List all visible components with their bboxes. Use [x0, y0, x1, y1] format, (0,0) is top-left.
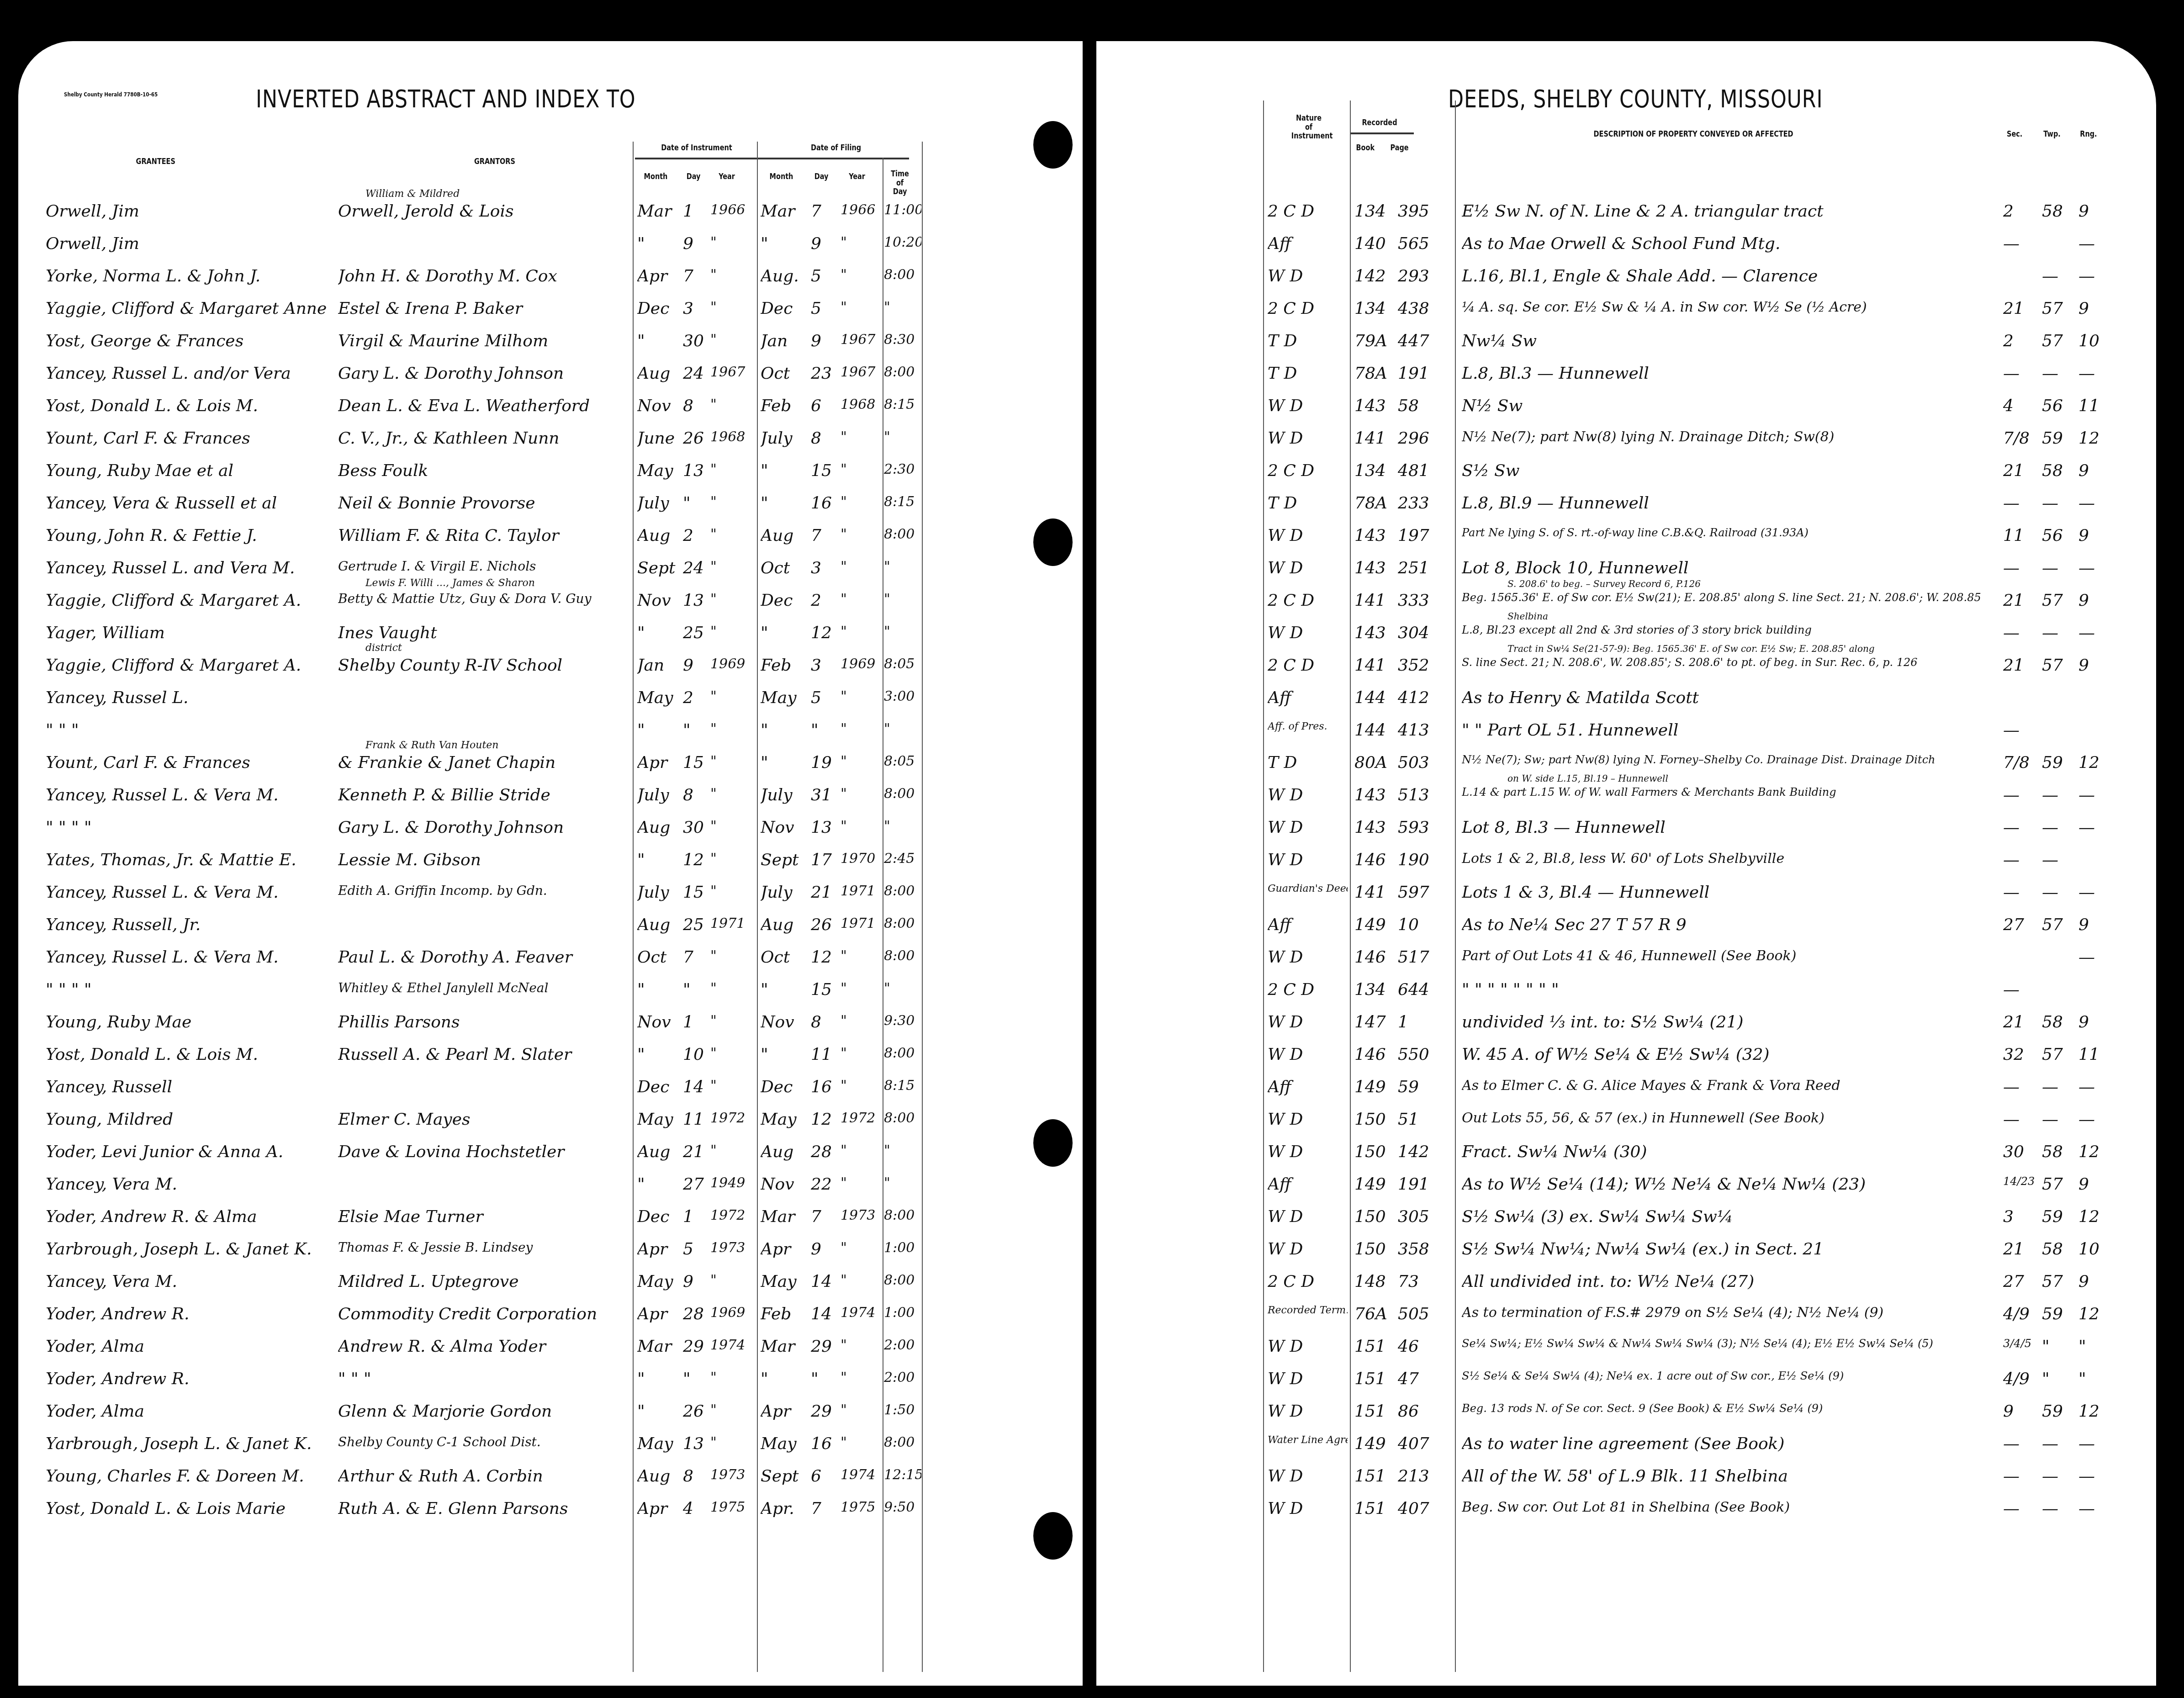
grantee: Yost, Donald L. & Lois M.: [46, 397, 329, 415]
recorded-book: 143: [1354, 559, 1396, 577]
filing-year: ": [841, 753, 882, 769]
filing-day: 7: [811, 1499, 838, 1518]
township: 59: [2042, 1305, 2074, 1323]
table-row: W D150358S½ Sw¼ Nw¼; Nw¼ Sw¼ (ex.) in Se…: [1096, 1234, 2147, 1265]
instrument-month: May: [637, 688, 678, 707]
township: —: [2042, 1078, 2074, 1096]
nature-of-instrument: 2 C D: [1268, 656, 1348, 675]
table-row: Water Line Agreement149407As to water li…: [1096, 1429, 2147, 1460]
grantor: Lessie M. Gibson: [338, 851, 630, 869]
instrument-day: 30: [683, 818, 710, 837]
instrument-year: ": [710, 526, 756, 542]
township: 58: [2042, 1013, 2074, 1031]
range: 9: [2078, 1013, 2110, 1031]
filing-day: 15: [811, 461, 838, 480]
filing-year: ": [841, 461, 882, 477]
recorded-book: 149: [1354, 1175, 1396, 1194]
instrument-day: 1: [683, 1207, 710, 1226]
table-row: Yost, Donald L. & Lois M.Dean L. & Eva L…: [18, 391, 932, 422]
instrument-month-header: Month: [644, 173, 668, 182]
filing-day: 29: [811, 1337, 838, 1356]
recorded-book: 146: [1354, 1045, 1396, 1064]
time-of-day: 1:50: [884, 1402, 921, 1418]
recorded-page: 86: [1398, 1402, 1453, 1421]
recorded-book: 134: [1354, 299, 1396, 318]
grantee: Yancey, Russel L. & Vera M.: [46, 786, 329, 804]
recorded-page: 142: [1398, 1143, 1453, 1161]
filing-month: Oct: [761, 948, 806, 967]
filing-day: 8: [811, 1013, 838, 1031]
property-description: Out Lots 55, 56, & 57 (ex.) in Hunnewell…: [1462, 1110, 1996, 1126]
range: 12: [2078, 753, 2110, 772]
property-description: As to water line agreement (See Book): [1462, 1434, 1996, 1453]
filing-day: 2: [811, 591, 838, 610]
instrument-month: May: [637, 1272, 678, 1291]
range: ": [2078, 1337, 2110, 1356]
township: —: [2042, 494, 2074, 513]
nature-of-instrument: W D: [1268, 397, 1348, 415]
recorded-book: 134: [1354, 202, 1396, 221]
filing-month: Apr: [761, 1240, 806, 1259]
instrument-day: 25: [683, 915, 710, 934]
table-row: Yancey, Vera M.Mildred L. UptegroveMay9"…: [18, 1267, 932, 1298]
table-row: Yancey, Russel L. and/or VeraGary L. & D…: [18, 359, 932, 390]
table-row: Young, Ruby Mae et alBess FoulkMay13""15…: [18, 456, 932, 487]
section: 2: [2003, 332, 2037, 350]
instrument-year: 1972: [710, 1110, 756, 1126]
instrument-month: Mar: [637, 1337, 678, 1356]
table-row: Yorke, Norma L. & John J.John H. & Dorot…: [18, 261, 932, 292]
instrument-month: May: [637, 1434, 678, 1453]
table-row: 2 C D134644" " " " " " " "—: [1096, 975, 2147, 1006]
instrument-day: 8: [683, 1467, 710, 1486]
section: 32: [2003, 1045, 2037, 1064]
nature-of-instrument: Aff: [1268, 234, 1348, 253]
recorded-page: 213: [1398, 1467, 1453, 1486]
grantee: Orwell, Jim: [46, 202, 329, 221]
filing-month: Feb: [761, 397, 806, 415]
table-row: Aff149191As to W½ Se¼ (14); W½ Ne¼ & Ne¼…: [1096, 1169, 2147, 1201]
header-rule: [635, 158, 909, 159]
recorded-page: 251: [1398, 559, 1453, 577]
filing-year: ": [841, 1013, 882, 1029]
recorded-book: 76A: [1354, 1305, 1396, 1323]
filing-year: 1974: [841, 1467, 882, 1483]
table-row: Young, John R. & Fettie J.William F. & R…: [18, 521, 932, 552]
grantor: Bess Foulk: [338, 461, 630, 480]
recorded-page: 593: [1398, 818, 1453, 837]
grantees-header: GRANTEES: [136, 158, 175, 167]
nature-of-instrument: 2 C D: [1268, 202, 1348, 221]
table-row: Yancey, Russel L. & Vera M.Edith A. Grif…: [18, 878, 932, 909]
instrument-day: 1: [683, 1013, 710, 1031]
recorded-page: 644: [1398, 980, 1453, 999]
property-description: Beg. Sw cor. Out Lot 81 in Shelbina (See…: [1462, 1499, 1996, 1515]
range: —: [2078, 1434, 2110, 1453]
instrument-day: 3: [683, 299, 710, 318]
filing-year: ": [841, 786, 882, 802]
property-description: S½ Sw: [1462, 461, 1996, 480]
instrument-month: Aug: [637, 1143, 678, 1161]
time-of-day: 8:00: [884, 915, 921, 931]
filing-year: ": [841, 559, 882, 575]
grantor: Dave & Lovina Hochstetler: [338, 1143, 630, 1161]
filing-year: 1967: [841, 364, 882, 380]
recorded-page: 438: [1398, 299, 1453, 318]
instrument-year: ": [710, 1370, 756, 1386]
filing-day: 16: [811, 1078, 838, 1096]
description-note: Shelbina: [1507, 611, 1992, 622]
instrument-year: 1949: [710, 1175, 756, 1191]
recorded-page: 505: [1398, 1305, 1453, 1323]
time-of-day: 9:30: [884, 1013, 921, 1029]
property-description: Lot 8, Bl.3 — Hunnewell: [1462, 818, 1996, 837]
section: 3/4/5: [2003, 1337, 2037, 1350]
filing-month: Nov: [761, 818, 806, 837]
nature-of-instrument: W D: [1268, 1370, 1348, 1388]
recorded-page: 503: [1398, 753, 1453, 772]
grantee: " " ": [46, 721, 329, 740]
township: 57: [2042, 915, 2074, 934]
table-row: " " " "Whitley & Ethel Janylell McNeal""…: [18, 975, 932, 1006]
recorded-page: 447: [1398, 332, 1453, 350]
instrument-month: ": [637, 624, 678, 642]
instrument-year: ": [710, 494, 756, 510]
nature-of-instrument: W D: [1268, 1013, 1348, 1031]
property-description: S. line Sect. 21; N. 208.6', W. 208.85';…: [1462, 656, 1996, 669]
range: 11: [2078, 1045, 2110, 1064]
filing-day: 3: [811, 656, 838, 675]
filing-day: ": [811, 1370, 838, 1388]
time-of-day: 3:00: [884, 688, 921, 704]
nature-of-instrument: 2 C D: [1268, 461, 1348, 480]
time-of-day-header: Time of Day: [888, 170, 912, 197]
recorded-header: Recorded: [1356, 119, 1403, 128]
filing-month: Feb: [761, 656, 806, 675]
filing-day: 3: [811, 559, 838, 577]
property-description: W. 45 A. of W½ Se¼ & E½ Sw¼ (32): [1462, 1045, 1996, 1064]
right-ledger-page: DEEDS, SHELBY COUNTY, MISSOURI Nature of…: [1096, 41, 2156, 1686]
table-row: Aff140565As to Mae Orwell & School Fund …: [1096, 229, 2147, 260]
range: 9: [2078, 915, 2110, 934]
instrument-day: 13: [683, 1434, 710, 1453]
instrument-year: ": [710, 1013, 756, 1029]
township: —: [2042, 851, 2074, 869]
time-of-day: ": [884, 980, 921, 996]
grantor: Orwell, Jerold & Lois: [338, 202, 630, 221]
nature-of-instrument: W D: [1268, 429, 1348, 448]
filing-month: Mar: [761, 202, 806, 221]
property-description: L.8, Bl.3 — Hunnewell: [1462, 364, 1996, 383]
grantee: Yoder, Andrew R.: [46, 1305, 329, 1323]
filing-year: ": [841, 299, 882, 315]
section: 21: [2003, 299, 2037, 318]
instrument-year: 1974: [710, 1337, 756, 1353]
description-note: S. 208.6' to beg. – Survey Record 6, P.1…: [1507, 578, 1992, 589]
instrument-month: Apr: [637, 1240, 678, 1259]
table-row: Aff144412As to Henry & Matilda Scott: [1096, 683, 2147, 714]
recorded-book: 148: [1354, 1272, 1396, 1291]
instrument-day: 24: [683, 364, 710, 383]
filing-year: 1967: [841, 332, 882, 348]
recorded-book: 151: [1354, 1370, 1396, 1388]
instrument-day: 26: [683, 1402, 710, 1421]
grantor: Kenneth P. & Billie Stride: [338, 786, 630, 804]
instrument-day: 21: [683, 1143, 710, 1161]
filing-day: 7: [811, 526, 838, 545]
range: 12: [2078, 1207, 2110, 1226]
property-description: " " " " " " " ": [1462, 980, 1996, 999]
filing-year: ": [841, 267, 882, 283]
time-of-day: ": [884, 429, 921, 445]
instrument-month: Nov: [637, 397, 678, 415]
section: 21: [2003, 1240, 2037, 1259]
table-row: W D150142Fract. Sw¼ Nw¼ (30)305812: [1096, 1137, 2147, 1168]
grantor: Whitley & Ethel Janylell McNeal: [338, 980, 630, 995]
recorded-book: 141: [1354, 883, 1396, 902]
nature-of-instrument: W D: [1268, 1110, 1348, 1129]
grantor: Andrew R. & Alma Yoder: [338, 1337, 630, 1356]
table-row: Yount, Carl F. & FrancesC. V., Jr., & Ka…: [18, 423, 932, 455]
time-of-day: 12:15: [884, 1467, 921, 1483]
range: —: [2078, 559, 2110, 577]
recorded-page: 191: [1398, 1175, 1453, 1194]
recorded-book: 143: [1354, 624, 1396, 642]
grantor: John H. & Dorothy M. Cox: [338, 267, 630, 286]
instrument-month: July: [637, 786, 678, 804]
instrument-year: ": [710, 851, 756, 867]
instrument-day: 11: [683, 1110, 710, 1129]
instrument-day: 27: [683, 1175, 710, 1194]
recorded-book: 78A: [1354, 364, 1396, 383]
recorded-page: 58: [1398, 397, 1453, 415]
filing-month: Feb: [761, 1305, 806, 1323]
section: —: [2003, 1434, 2037, 1453]
time-of-day: 10:20: [884, 234, 921, 250]
table-row: Yaggie, Clifford & Margaret AnneEstel & …: [18, 294, 932, 325]
nature-of-instrument: T D: [1268, 332, 1348, 350]
nature-of-instrument: Water Line Agreement: [1268, 1434, 1348, 1446]
filing-month: Aug.: [761, 267, 806, 286]
instrument-day: 26: [683, 429, 710, 448]
date-filing-header: Date of Filing: [778, 144, 894, 153]
township: 59: [2042, 1402, 2074, 1421]
grantee: Yoder, Andrew R.: [46, 1370, 329, 1388]
grantee: Yancey, Russel L.: [46, 688, 329, 707]
recorded-book: 143: [1354, 786, 1396, 804]
recorded-page: 190: [1398, 851, 1453, 869]
nature-of-instrument: W D: [1268, 1240, 1348, 1259]
time-of-day: 1:00: [884, 1305, 921, 1321]
filing-month: May: [761, 688, 806, 707]
range: 10: [2078, 332, 2110, 350]
filing-month: Jan: [761, 332, 806, 350]
section: —: [2003, 818, 2037, 837]
instrument-year: ": [710, 883, 756, 899]
filing-year: 1974: [841, 1305, 882, 1321]
grantee: Yancey, Russel L. & Vera M.: [46, 883, 329, 902]
instrument-year: 1973: [710, 1467, 756, 1483]
table-row: Young, Ruby MaePhillis ParsonsNov1"Nov8"…: [18, 1007, 932, 1038]
range: —: [2078, 364, 2110, 383]
grantee: Young, Charles F. & Doreen M.: [46, 1467, 329, 1486]
grantee: Yost, Donald L. & Lois M.: [46, 1045, 329, 1064]
nature-of-instrument: W D: [1268, 1467, 1348, 1486]
filing-day: 23: [811, 364, 838, 383]
section: —: [2003, 1110, 2037, 1129]
grantee: Young, Ruby Mae et al: [46, 461, 329, 480]
section: —: [2003, 624, 2037, 642]
nature-header: Nature of Instrument: [1291, 114, 1327, 141]
range: 9: [2078, 591, 2110, 610]
range: —: [2078, 234, 2110, 253]
filing-year: ": [841, 1337, 882, 1353]
instrument-day: 15: [683, 883, 710, 902]
filing-year: 1969: [841, 656, 882, 672]
filing-day: 7: [811, 1207, 838, 1226]
nature-of-instrument: Aff: [1268, 1078, 1348, 1096]
instrument-month: Apr: [637, 1305, 678, 1323]
filing-day: 13: [811, 818, 838, 837]
section: —: [2003, 1467, 2037, 1486]
table-row: T D78A191L.8, Bl.3 — Hunnewell———: [1096, 359, 2147, 390]
instrument-month: July: [637, 883, 678, 902]
table-row: W D15186Beg. 13 rods N. of Se cor. Sect.…: [1096, 1396, 2147, 1428]
filing-month: July: [761, 429, 806, 448]
instrument-day: 25: [683, 624, 710, 642]
table-row: W D141296N½ Ne(7); part Nw(8) lying N. D…: [1096, 423, 2147, 455]
table-row: Yost, Donald L. & Lois MarieRuth A. & E.…: [18, 1494, 932, 1525]
township: —: [2042, 1467, 2074, 1486]
grantee: Young, John R. & Fettie J.: [46, 526, 329, 545]
filing-year: ": [841, 1434, 882, 1450]
instrument-month: Aug: [637, 1467, 678, 1486]
recorded-page: 407: [1398, 1434, 1453, 1453]
table-row: Yoder, Andrew R.Commodity Credit Corpora…: [18, 1299, 932, 1330]
instrument-year: ": [710, 721, 756, 737]
nature-of-instrument: 2 C D: [1268, 1272, 1348, 1291]
section: —: [2003, 980, 2037, 999]
table-row: Aff. of Pres.144413" " Part OL 51. Hunne…: [1096, 715, 2147, 746]
nature-of-instrument: T D: [1268, 753, 1348, 772]
grantor-note: William & Mildred: [365, 188, 621, 200]
nature-of-instrument: W D: [1268, 1402, 1348, 1421]
time-of-day: 8:00: [884, 1110, 921, 1126]
instrument-year: ": [710, 980, 756, 996]
filing-day: 9: [811, 234, 838, 253]
nature-of-instrument: W D: [1268, 1337, 1348, 1356]
time-of-day: 8:00: [884, 786, 921, 802]
grantee: " " " ": [46, 818, 329, 837]
table-row: Yost, George & FrancesVirgil & Maurine M…: [18, 326, 932, 357]
table-row: Aff14959As to Elmer C. & G. Alice Mayes …: [1096, 1072, 2147, 1103]
recorded-book: 144: [1354, 688, 1396, 707]
grantor: William F. & Rita C. Taylor: [338, 526, 630, 545]
range: —: [2078, 786, 2110, 804]
filing-month: Nov: [761, 1175, 806, 1194]
instrument-day: 8: [683, 786, 710, 804]
filing-day: 9: [811, 1240, 838, 1259]
grantee: Young, Mildred: [46, 1110, 329, 1129]
grantor: Gary L. & Dorothy Johnson: [338, 818, 630, 837]
recorded-page: 481: [1398, 461, 1453, 480]
grantee: Yost, George & Frances: [46, 332, 329, 350]
table-row: Yancey, Russel L.May2"May5"3:00: [18, 683, 932, 714]
recorded-page: 51: [1398, 1110, 1453, 1129]
table-row: T D78A233L.8, Bl.9 — Hunnewell———: [1096, 488, 2147, 519]
grantee: Yost, Donald L. & Lois Marie: [46, 1499, 329, 1518]
instrument-year: ": [710, 1143, 756, 1158]
instrument-year: ": [710, 591, 756, 607]
time-of-day: 8:00: [884, 883, 921, 899]
filing-month: Aug: [761, 526, 806, 545]
time-of-day: 8:30: [884, 332, 921, 348]
grantee: Yancey, Vera M.: [46, 1272, 329, 1291]
recorded-book: 143: [1354, 397, 1396, 415]
range: 10: [2078, 1240, 2110, 1259]
instrument-year: ": [710, 299, 756, 315]
filing-month: Sept: [761, 1467, 806, 1486]
instrument-day: ": [683, 494, 710, 513]
instrument-month: ": [637, 721, 678, 740]
grantors-header: GRANTORS: [474, 158, 515, 167]
section: —: [2003, 234, 2037, 253]
range: —: [2078, 948, 2110, 967]
table-row: Guardian's Deed141597Lots 1 & 3, Bl.4 — …: [1096, 878, 2147, 909]
filing-year: ": [841, 494, 882, 510]
instrument-day: ": [683, 980, 710, 999]
instrument-year-header: Year: [719, 173, 735, 182]
filing-month: Nov: [761, 1013, 806, 1031]
instrument-day: 2: [683, 688, 710, 707]
time-of-day: ": [884, 818, 921, 834]
time-of-day: ": [884, 559, 921, 575]
section: 7/8: [2003, 753, 2037, 772]
section: 3: [2003, 1207, 2037, 1226]
time-of-day: 1:00: [884, 1240, 921, 1256]
table-row: Yoder, AlmaGlenn & Marjorie Gordon"26"Ap…: [18, 1396, 932, 1428]
filing-day: 21: [811, 883, 838, 902]
time-of-day: 8:05: [884, 656, 921, 672]
property-description: Part of Out Lots 41 & 46, Hunnewell (See…: [1462, 948, 1996, 964]
property-description: L.14 & part L.15 W. of W. wall Farmers &…: [1462, 786, 1996, 799]
filing-month: May: [761, 1272, 806, 1291]
recorded-page: 10: [1398, 915, 1453, 934]
recorded-page: 597: [1398, 883, 1453, 902]
property-description: L.16, Bl.1, Engle & Shale Add. — Clarenc…: [1462, 267, 1996, 286]
range: —: [2078, 1078, 2110, 1096]
recorded-page: 565: [1398, 234, 1453, 253]
property-description: Beg. 1565.36' E. of Sw cor. E½ Sw(21); E…: [1462, 591, 1996, 604]
grantor: Shelby County C-1 School Dist.: [338, 1434, 630, 1449]
instrument-day: 14: [683, 1078, 710, 1096]
instrument-year: ": [710, 332, 756, 348]
twp-header: Twp.: [2043, 130, 2060, 139]
section: —: [2003, 364, 2037, 383]
instrument-year: ": [710, 267, 756, 283]
recorded-book: 151: [1354, 1402, 1396, 1421]
property-description: E½ Sw N. of N. Line & 2 A. triangular tr…: [1462, 202, 1996, 221]
township: —: [2042, 267, 2074, 286]
filing-day: 12: [811, 1110, 838, 1129]
instrument-day: ": [683, 721, 710, 740]
property-description: ¼ A. sq. Se cor. E½ Sw & ¼ A. in Sw cor.…: [1462, 299, 1996, 315]
grantor: Ruth A. & E. Glenn Parsons: [338, 1499, 630, 1518]
recorded-page: 296: [1398, 429, 1453, 448]
grantor: C. V., Jr., & Kathleen Nunn: [338, 429, 630, 448]
instrument-month: Jan: [637, 656, 678, 675]
instrument-month: May: [637, 461, 678, 480]
